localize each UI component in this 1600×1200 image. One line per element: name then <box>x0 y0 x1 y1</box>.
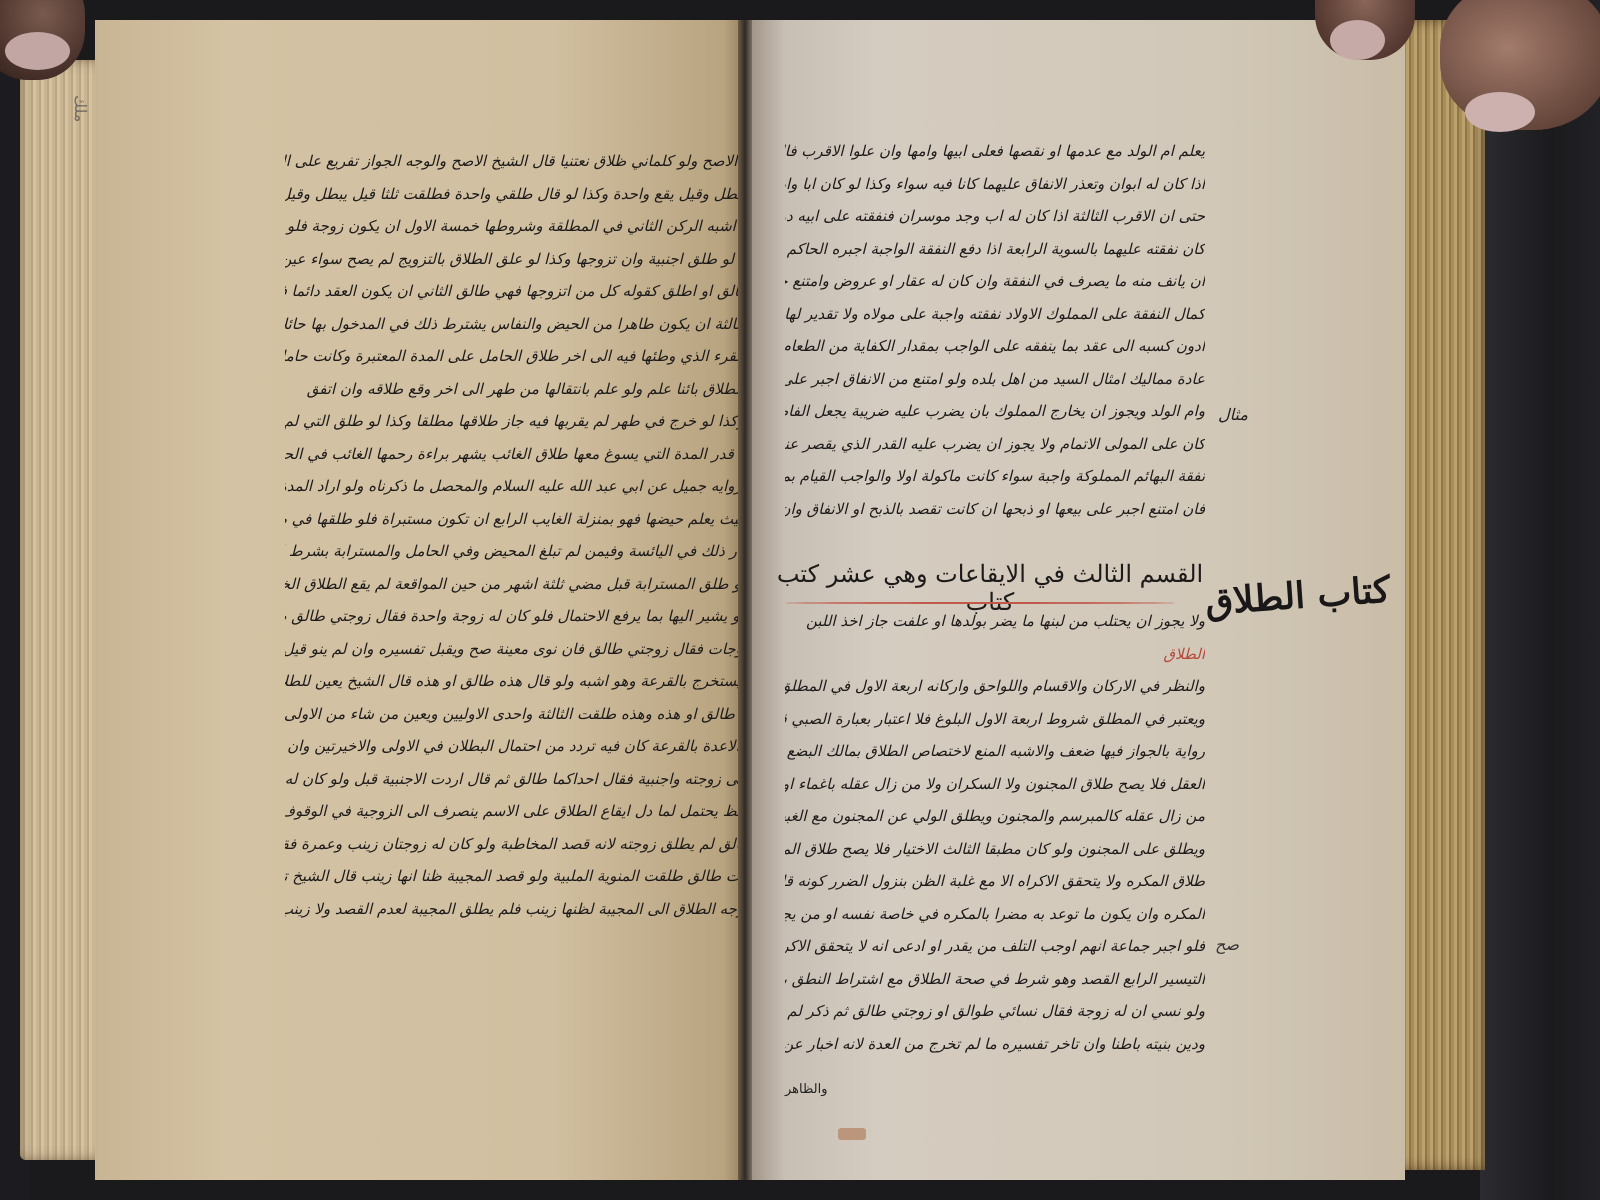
text-line: نعم لو كان الطلاق بائنا علم ولو علم بانت… <box>285 373 815 406</box>
text-line: المكره وان يكون ما توعد به مضرا بالمكره … <box>785 898 1205 931</box>
section-heading-text: القسم الثالث في الايقاعات وهي عشر كتب <box>777 560 1203 588</box>
text-line: ولو قال هذه طالق او هذه وهذه طلقت الثالث… <box>285 698 815 731</box>
text-line: وقيل يصح ويستخرج بالقرعة وهو اشبه ولو قا… <box>285 665 815 698</box>
text-line: التيسير الرابع القصد وهو شرط في صحة الطل… <box>785 963 1205 996</box>
text-line: فلانة فهي طالق او اطلق كقوله كل من اتزوج… <box>285 275 815 308</box>
text-line: لبيك فقال انت طالق طلقت المنوية الملبية … <box>285 860 815 893</box>
margin-note-top: مثال <box>1218 405 1248 424</box>
text-line: حتى ان الاقرب الثالثة اذا كان له اب وجد … <box>785 200 1205 233</box>
text-line: الظاهر على الاصح ولو كلماني ظلاق نعتنيا … <box>285 145 815 178</box>
text-line: تغيبا ثالثا من قدر المدة التي يسوغ معها … <box>285 438 815 471</box>
text-line: كانت حرة الثالثة ان يكون طاهرا من الحيض … <box>285 308 815 341</box>
text-line: يصل اليها بحيث يعلم حيضها فهو بمنزلة الغ… <box>285 503 815 536</box>
right-fingernail <box>1330 20 1385 60</box>
text-line: فطلقت وهو اشبه الركن الثاني في المطلقة و… <box>285 210 815 243</box>
text-line: كمال النفقة على المملوك الاولاد نفقته وا… <box>785 298 1205 331</box>
right-page-text-bottom: والنظر في الاركان والاقسام واللواحق وارك… <box>785 670 1205 1060</box>
book-gutter <box>738 20 752 1180</box>
text-line: كان على المولى الاتمام ولا يجوز ان يضرب … <box>785 428 1205 461</box>
text-line: يقبل لان اللفظ يحتمل لما دل ايقاع الطلاق… <box>285 795 815 828</box>
text-line: فقال انت طالق لم يطلق زوجته لانه قصد الم… <box>285 828 815 861</box>
text-line: كان نفقته عليهما بالسوية الرابعة اذا دفع… <box>785 233 1205 266</box>
text-line: ادون كسبه الى عقد بما ينفقه على الواجب ب… <box>785 330 1205 363</box>
text-line: ودين بنيته باطنا وان تاخر تفسيره ما لم ت… <box>785 1028 1205 1061</box>
margin-note-bottom: صح <box>1215 935 1239 954</box>
text-line: عادة مماليك امثال السيد من اهل بلده ولو … <box>785 363 1205 396</box>
catchword: والظاهر <box>785 1082 828 1097</box>
text-line: ويعتبر في المطلق شروط اربعة الاول البلوغ… <box>785 703 1205 736</box>
text-line: واحدة قيل يبطل وقيل يقع واحدة وكذا لو قا… <box>285 178 815 211</box>
text-line: اشهر عملا بروايه جميل عن ابي عبد الله عل… <box>285 470 815 503</box>
text-line: ويسقط اعتبار ذلك في اليائسة وفيمن لم تبل… <box>285 535 815 568</box>
paper-stain <box>838 1128 866 1140</box>
text-line: العقل فلا يصح طلاق المجنون ولا السكران و… <box>785 768 1205 801</box>
text-line: والنظر في الاركان والاقسام واللواحق وارك… <box>785 670 1205 703</box>
text-line: وام الولد ويجوز ان يخارج المملوك بان يضر… <box>785 395 1205 428</box>
text-line: معتزلا لها ولو طلق المسترابة قبل مضي ثلث… <box>285 568 815 601</box>
text-line: من زال عقله كالمبرسم والمجنون ويطلق الول… <box>785 800 1205 833</box>
text-line: اما لو نظر الى زوجته واجنبية فقال احداكم… <box>285 763 815 796</box>
left-thumbnail <box>5 32 70 70</box>
left-page: الظاهر على الاصح ولو كلماني ظلاق نعتنيا … <box>95 20 750 1180</box>
text-line: فلانة طالق او يشير اليها بما يرفع الاحتم… <box>285 600 815 633</box>
text-line: ان يانف منه ما يصرف في النفقة وان كان له… <box>785 265 1205 298</box>
right-page-text-top: يعلم ام الولد مع عدمها او نقصها فعلى ابي… <box>785 135 1205 525</box>
text-line: ولو نسي ان له زوجة فقال نسائي طوالق او ز… <box>785 995 1205 1028</box>
edge-inscription: ملك <box>60 95 90 215</box>
text-line: اذا كان له ابوان وتعذر الانفاق عليهما كا… <box>785 168 1205 201</box>
left-page-text: الظاهر على الاصح ولو كلماني ظلاق نعتنيا … <box>285 145 815 925</box>
text-line: زوجتان او زوجات فقال زوجتي طالق فان نوى … <box>285 633 815 666</box>
right-page-block-edge <box>1395 20 1485 1170</box>
right-thumbnail <box>1465 92 1535 132</box>
text-line: اشكال لانه وجه الطلاق الى المجيبة لظنها … <box>285 893 815 926</box>
section-heading: القسم الثالث في الايقاعات وهي عشر كتب كت… <box>775 560 1205 600</box>
text-line: ولا يجوز ان يحتلب من لبنها ما يضر بولدها… <box>785 605 1205 638</box>
text-line: طلاق المكره ولا يتحقق الاكراه الا مع غلب… <box>785 865 1205 898</box>
text-line: رواية بالجواز فيها ضعف والاشبه المنع لاخ… <box>785 735 1205 768</box>
text-line: فلو اجبر جماعة انهم اوجب التلف من يقدر ا… <box>785 930 1205 963</box>
text-line: يعلم ام الولد مع عدمها او نقصها فعلى ابي… <box>785 135 1205 168</box>
rubric-word: الطلاق <box>1163 645 1205 663</box>
text-line: انتقالها من القرء الذي وطئها فيه الى اخر… <box>285 340 815 373</box>
text-line: فان امتنع اجبر على بيعها او ذبحها ان كان… <box>785 493 1205 526</box>
text-line: ويطلق على المجنون ولو كان مطبقا الثالث ا… <box>785 833 1205 866</box>
text-line: نفقة البهائم المملوكة واجبة سواء كانت ما… <box>785 460 1205 493</box>
text-line: الطلاق <box>785 638 1205 671</box>
background-right <box>1480 0 1600 1200</box>
text-line: واستخرجت الاعدة بالقرعة كان فيه تردد من … <box>285 730 815 763</box>
text-line: له حكم وكذا لو طلق اجنبية وان تزوجها وكذ… <box>285 243 815 276</box>
manuscript-photo: ملك الظاهر على الاصح ولو كلماني ظلاق نعت… <box>0 0 1600 1200</box>
right-page-text-heading-follow: ولا يجوز ان يحتلب من لبنها ما يضر بولدها… <box>785 605 1205 670</box>
text-line: في الحيض وكذا لو خرج في طهر لم يقربها في… <box>285 405 815 438</box>
